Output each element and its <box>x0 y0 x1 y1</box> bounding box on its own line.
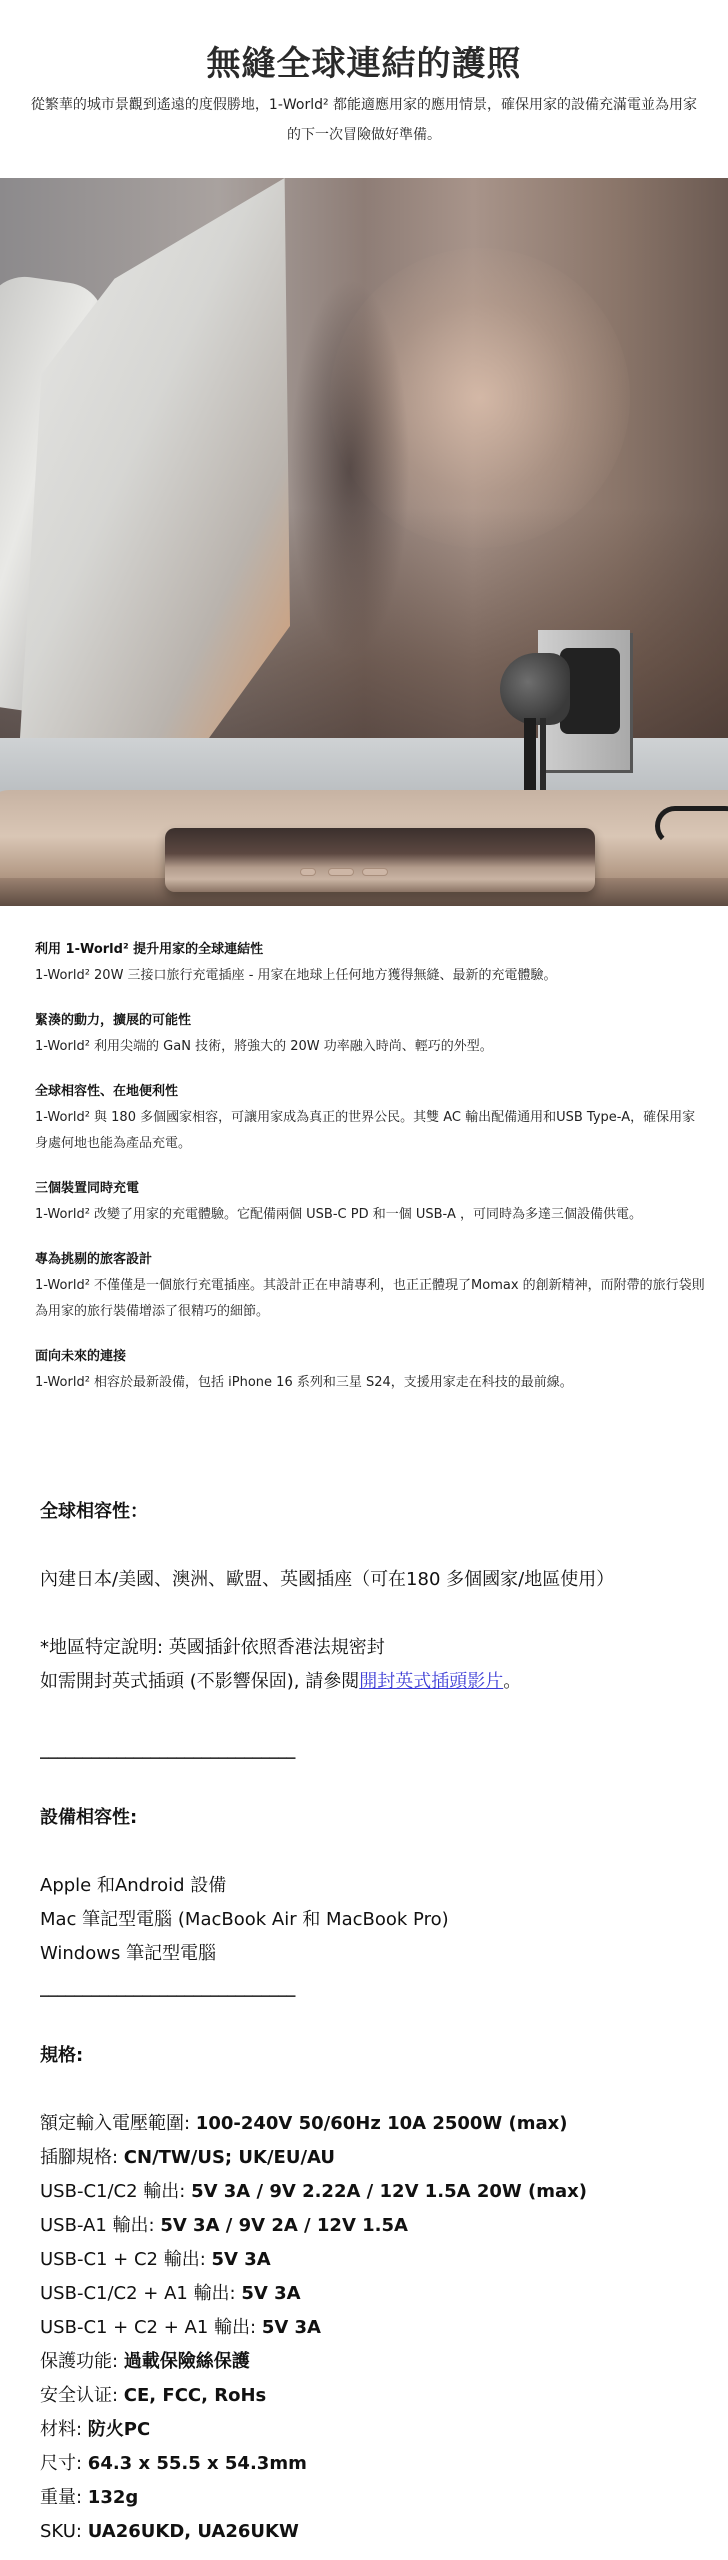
feature-title: 緊湊的動力，擴展的可能性 <box>35 1011 705 1031</box>
spec-label: 材料: <box>40 2419 88 2440</box>
spec-value: 防火PC <box>88 2419 150 2440</box>
spec-value: 5V 3A <box>212 2249 271 2270</box>
device-compat-item: Windows 筆記型電腦 <box>40 1937 700 1971</box>
divider: ______________________________ <box>40 1733 700 1767</box>
spec-row: 額定輸入電壓範圍: 100-240V 50/60Hz 10A 2500W (ma… <box>40 2107 700 2141</box>
spec-row: USB-C1 + C2 + A1 輸出: 5V 3A <box>40 2311 700 2345</box>
spec-value: CE, FCC, RoHs <box>124 2385 266 2406</box>
feature-item: 三個裝置同時充電 1-World² 改變了用家的充電體驗。它配備兩個 USB-C… <box>35 1179 705 1228</box>
spec-row: SKU: UA26UKD, UA26UKW <box>40 2515 700 2549</box>
spec-label: USB-C1/C2 + A1 輸出: <box>40 2283 241 2304</box>
spec-label: USB-C1 + C2 + A1 輸出: <box>40 2317 262 2338</box>
spec-value: 5V 3A / 9V 2A / 12V 1.5A <box>160 2215 408 2236</box>
spec-label: 插腳規格: <box>40 2147 124 2168</box>
spec-row: 保護功能: 過載保險絲保護 <box>40 2345 700 2379</box>
spec-row: 安全认证: CE, FCC, RoHs <box>40 2379 700 2413</box>
spec-value: CN/TW/US; UK/EU/AU <box>124 2147 335 2168</box>
spec-label: USB-A1 輸出: <box>40 2215 160 2236</box>
spec-label: USB-C1 + C2 輸出: <box>40 2249 212 2270</box>
phone-button <box>328 868 354 876</box>
feature-item: 專為挑剔的旅客設計 1-World² 不僅僅是一個旅行充電插座。其設計正在申請專… <box>35 1250 705 1325</box>
spec-row: 尺寸: 64.3 x 55.5 x 54.3mm <box>40 2447 700 2481</box>
feature-title: 專為挑剔的旅客設計 <box>35 1250 705 1270</box>
device-compat-title: 設備相容性: <box>40 1801 700 1835</box>
feature-item: 利用 1-World² 提升用家的全球連結性 1-World² 20W 三接口旅… <box>35 940 705 989</box>
device-compat-item: Mac 筆記型電腦 (MacBook Air 和 MacBook Pro) <box>40 1903 700 1937</box>
product-page: 無縫全球連結的護照 從繁華的城市景觀到遙遠的度假勝地，1-World² 都能適應… <box>0 0 728 2560</box>
spec-value: 5V 3A <box>262 2317 321 2338</box>
device-compat-item: Apple 和Android 設備 <box>40 1869 700 1903</box>
spec-row: USB-A1 輸出: 5V 3A / 9V 2A / 12V 1.5A <box>40 2209 700 2243</box>
phone-button <box>300 868 316 876</box>
phone-button <box>362 868 388 876</box>
unseal-video-link[interactable]: 開封英式插頭影片 <box>359 1671 503 1692</box>
feature-text: 1-World² 利用尖端的 GaN 技術，將強大的 20W 功率融入時尚、輕巧… <box>35 1034 705 1060</box>
spec-label: 尺寸: <box>40 2453 88 2474</box>
feature-text: 1-World² 不僅僅是一個旅行充電插座。其設計正在申請專利，也正正體現了Mo… <box>35 1273 705 1325</box>
usb-plug <box>500 653 570 725</box>
feature-item: 全球相容性、在地便利性 1-World² 與 180 多個國家相容，可讓用家成為… <box>35 1082 705 1157</box>
divider: ______________________________ <box>40 1971 700 2005</box>
feature-text: 1-World² 相容於最新設備，包括 iPhone 16 系列和三星 S24，… <box>35 1370 705 1396</box>
spec-label: 額定輸入電壓範圍: <box>40 2113 196 2134</box>
cable-curve <box>655 806 728 846</box>
spec-row: 材料: 防火PC <box>40 2413 700 2447</box>
feature-list: 利用 1-World² 提升用家的全球連結性 1-World² 20W 三接口旅… <box>35 940 705 1418</box>
feature-text: 1-World² 與 180 多個國家相容，可讓用家成為真正的世界公民。其雙 A… <box>35 1105 705 1157</box>
global-compat-title: 全球相容性： <box>40 1495 700 1529</box>
spec-value: 64.3 x 55.5 x 54.3mm <box>88 2453 307 2474</box>
region-note: *地區特定說明: 英國插針依照香港法規密封 <box>40 1631 700 1665</box>
spec-row: USB-C1 + C2 輸出: 5V 3A <box>40 2243 700 2277</box>
feature-text: 1-World² 20W 三接口旅行充電插座 - 用家在地球上任何地方獲得無縫、… <box>35 963 705 989</box>
spec-value: 100-240V 50/60Hz 10A 2500W (max) <box>196 2113 568 2134</box>
feature-text: 1-World² 改變了用家的充電體驗。它配備兩個 USB-C PD 和一個 U… <box>35 1202 705 1228</box>
unseal-note-text: 如需開封英式插頭 (不影響保固), 請參閱 <box>40 1671 359 1692</box>
spec-row: 插腳規格: CN/TW/US; UK/EU/AU <box>40 2141 700 2175</box>
product-lifestyle-photo <box>0 178 728 906</box>
spec-value: 5V 3A <box>241 2283 300 2304</box>
feature-title: 三個裝置同時充電 <box>35 1179 705 1199</box>
feature-title: 面向未來的連接 <box>35 1347 705 1367</box>
feature-item: 緊湊的動力，擴展的可能性 1-World² 利用尖端的 GaN 技術，將強大的 … <box>35 1011 705 1060</box>
spec-value: 132g <box>88 2487 138 2508</box>
spec-value: 過載保險絲保護 <box>124 2351 250 2372</box>
page-title: 無縫全球連結的護照 <box>0 36 728 85</box>
feature-title: 利用 1-World² 提升用家的全球連結性 <box>35 940 705 960</box>
unseal-note-suffix: 。 <box>503 1671 521 1692</box>
spec-body: 全球相容性： 內建日本/美國、澳洲、歐盟、英國插座（可在180 多個國家/地區使… <box>40 1495 700 2549</box>
spec-row: 重量: 132g <box>40 2481 700 2515</box>
spec-label: 安全认证: <box>40 2385 124 2406</box>
hero-subtitle: 從繁華的城市景觀到遙遠的度假勝地，1-World² 都能適應用家的應用情景，確保… <box>30 90 698 150</box>
smartphone <box>165 828 595 892</box>
specs-title: 規格: <box>40 2039 700 2073</box>
feature-item: 面向未來的連接 1-World² 相容於最新設備，包括 iPhone 16 系列… <box>35 1347 705 1396</box>
spec-value: 5V 3A / 9V 2.22A / 12V 1.5A 20W (max) <box>191 2181 587 2202</box>
feature-title: 全球相容性、在地便利性 <box>35 1082 705 1102</box>
spec-label: USB-C1/C2 輸出: <box>40 2181 191 2202</box>
pillow-front <box>20 178 290 738</box>
spec-row: USB-C1/C2 + A1 輸出: 5V 3A <box>40 2277 700 2311</box>
spec-label: 保護功能: <box>40 2351 124 2372</box>
spec-label: SKU: <box>40 2521 88 2542</box>
unseal-note: 如需開封英式插頭 (不影響保固), 請參閱開封英式插頭影片。 <box>40 1665 700 1699</box>
spec-value: UA26UKD, UA26UKW <box>88 2521 299 2542</box>
spec-label: 重量: <box>40 2487 88 2508</box>
spec-row: USB-C1/C2 輸出: 5V 3A / 9V 2.22A / 12V 1.5… <box>40 2175 700 2209</box>
global-compat-plugs: 內建日本/美國、澳洲、歐盟、英國插座（可在180 多個國家/地區使用） <box>40 1563 700 1597</box>
